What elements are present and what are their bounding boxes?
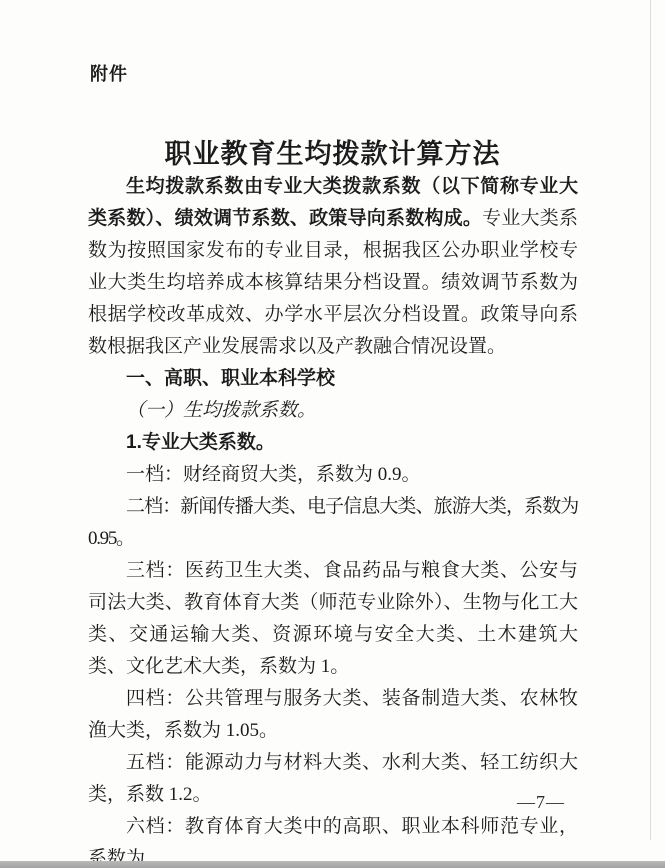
- section-1-heading: 一、高职、职业本科学校: [88, 363, 578, 395]
- item-1-heading: 1.专业大类系数。: [88, 427, 578, 459]
- tier-4-paragraph: 四档：公共管理与服务大类、装备制造大类、农林牧渔大类，系数为 1.05。: [88, 683, 578, 747]
- tier-1-paragraph: 一档：财经商贸大类，系数为 0.9。: [88, 459, 578, 491]
- intro-paragraph-regular-text: 专业大类系数为按照国家发布的专业目录，根据我区公办职业学校专业大类生均培养成本核…: [88, 208, 578, 357]
- intro-paragraph: 生均拨款系数由专业大类拨款系数（以下简称专业大类系数）、绩效调节系数、政策导向系…: [88, 171, 578, 363]
- tier-2-paragraph: 二档：新闻传播大类、电子信息大类、旅游大类，系数为 0.95。: [88, 491, 578, 555]
- scan-page-edge-line: [650, 0, 651, 840]
- document-body: 生均拨款系数由专业大类拨款系数（以下简称专业大类系数）、绩效调节系数、政策导向系…: [88, 171, 578, 868]
- subsection-1-heading: （一）生均拨款系数。: [88, 395, 578, 427]
- attachment-label: 附件: [90, 60, 128, 86]
- scan-bottom-shadow: [0, 861, 665, 868]
- tier-5-paragraph: 五档：能源动力与材料大类、水利大类、轻工纺织大类，系数 1.2。: [88, 747, 578, 811]
- page-number: —7—: [517, 792, 565, 813]
- document-title: 职业教育生均拨款计算方法: [0, 132, 665, 171]
- tier-6-paragraph: 六档：教育体育大类中的高职、职业本科师范专业，系数为: [88, 811, 578, 868]
- tier-3-paragraph: 三档：医药卫生大类、食品药品与粮食大类、公安与司法大类、教育体育大类（师范专业除…: [88, 555, 578, 683]
